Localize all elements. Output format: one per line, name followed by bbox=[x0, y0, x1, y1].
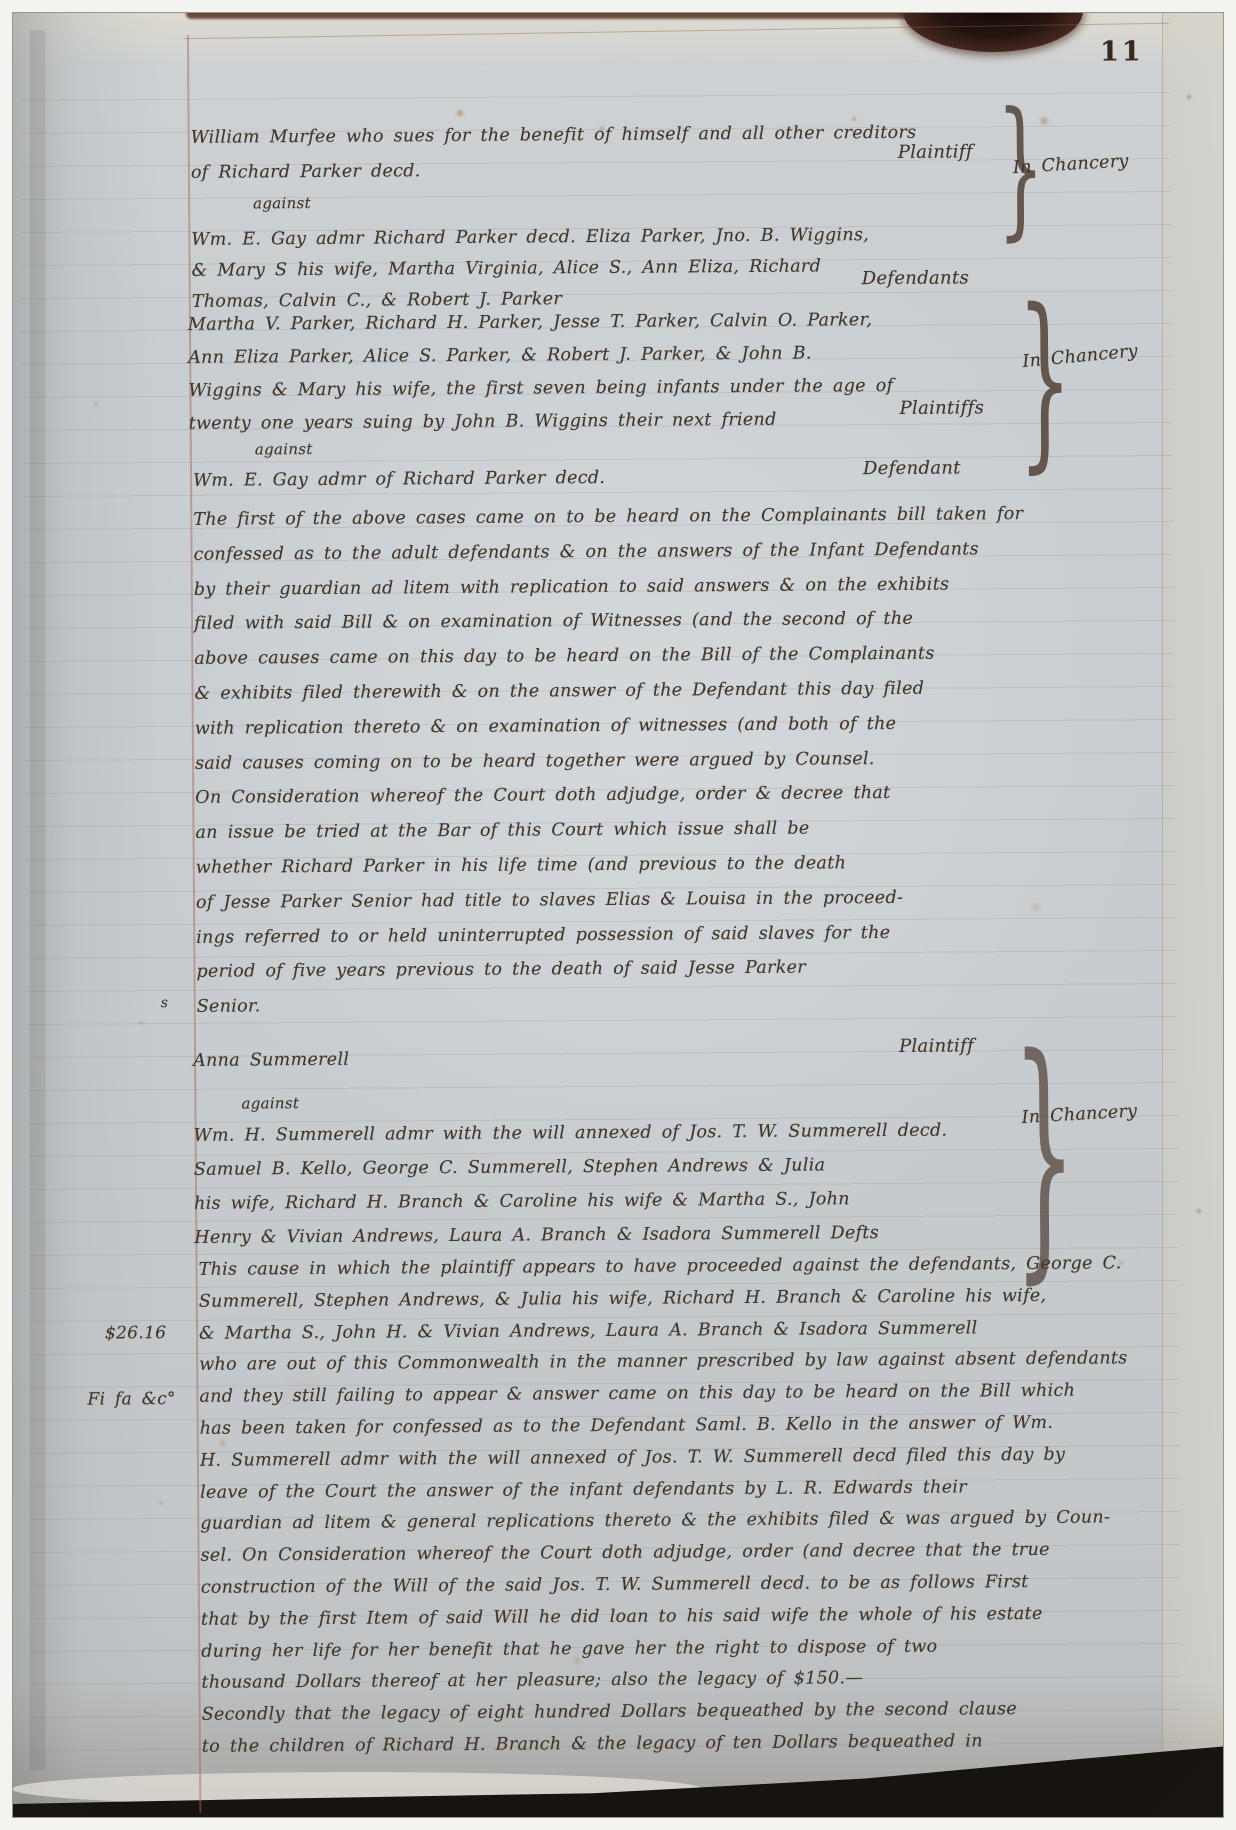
foxing-spots bbox=[0, 0, 2, 2]
decree2-text: This cause in which the plaintiff appear… bbox=[198, 1249, 1052, 1764]
case2-brace: } bbox=[1017, 285, 1073, 475]
case1-defendant-lines: Wm. E. Gay admr Richard Parker decd. Eli… bbox=[191, 220, 869, 318]
decree-line: to the children of Richard H. Branch & t… bbox=[202, 1726, 1052, 1764]
decree-line: an issue be tried at the Bar of this Cou… bbox=[195, 810, 1035, 851]
case3-brace: } bbox=[1012, 1025, 1077, 1285]
case1-against-word: against bbox=[253, 194, 311, 212]
handwritten-line: Ann Eliza Parker, Alice S. Parker, & Rob… bbox=[188, 337, 893, 375]
case2-defendant-line: Wm. E. Gay admr of Richard Parker decd. bbox=[193, 468, 605, 491]
case2-plaintiff-lines: Martha V. Parker, Richard H. Parker, Jes… bbox=[188, 304, 894, 441]
case1-defendants-label: Defendants bbox=[862, 267, 969, 289]
decree-line: H. Summerell admr with the will annexed … bbox=[200, 1440, 1050, 1478]
margin-note-fifa: Fi fa &c° bbox=[87, 1389, 175, 1410]
decree-line: that by the first Item of said Will he d… bbox=[201, 1599, 1051, 1637]
page-number: 11 bbox=[1100, 36, 1144, 67]
case2-plaintiffs-label: Plaintiffs bbox=[900, 397, 985, 419]
decree-line: whether Richard Parker in his life time … bbox=[196, 845, 1036, 886]
margin-note-amount: $26.16 bbox=[105, 1323, 166, 1343]
case3-against-word: against bbox=[241, 1094, 299, 1112]
decree-line: The first of the above cases came on to … bbox=[193, 497, 1033, 538]
handwritten-line: Samuel B. Kello, George C. Summerell, St… bbox=[194, 1148, 948, 1187]
page-content: 11 William Murfee who sues for the benef… bbox=[0, 0, 1236, 1830]
decree-line: filed with said Bill & on examination of… bbox=[194, 601, 1034, 642]
decree-line: & exhibits filed therewith & on the answ… bbox=[194, 671, 1034, 712]
handwritten-line: Wm. H. Summerell admr with the will anne… bbox=[194, 1114, 948, 1153]
case2-defendant-label: Defendant bbox=[863, 457, 961, 479]
decree-line: On Consideration whereof the Court doth … bbox=[195, 775, 1035, 816]
case3-plaintiff-line: Anna Summerell bbox=[193, 1050, 349, 1071]
handwritten-line: of Richard Parker decd. bbox=[191, 151, 917, 191]
decree-line: confessed as to the adult defendants & o… bbox=[193, 532, 1033, 573]
ledger-photo: 11 William Murfee who sues for the benef… bbox=[0, 0, 1236, 1830]
case3-plaintiff-label: Plaintiff bbox=[899, 1035, 974, 1057]
handwritten-line: & Mary S his wife, Martha Virginia, Alic… bbox=[191, 251, 869, 287]
case2-against-word: against bbox=[255, 440, 313, 458]
decree-line: Senior. bbox=[197, 984, 1037, 1025]
handwritten-line: Wiggins & Mary his wife, the first seven… bbox=[188, 370, 893, 408]
case1-plaintiff-lines: William Murfee who sues for the benefit … bbox=[191, 116, 917, 191]
handwritten-line: Henry & Vivian Andrews, Laura A. Branch … bbox=[194, 1216, 948, 1255]
case1-plaintiff-label: Plaintiff bbox=[898, 141, 973, 163]
handwritten-line: William Murfee who sues for the benefit … bbox=[191, 116, 917, 156]
handwritten-line: Wm. E. Gay admr Richard Parker decd. Eli… bbox=[191, 220, 869, 256]
decree-line: period of five years previous to the dea… bbox=[196, 949, 1036, 990]
decree-line: during her life for her benefit that he … bbox=[201, 1630, 1051, 1668]
decree-line: above causes came on this day to be hear… bbox=[194, 636, 1034, 677]
margin-tick: s bbox=[161, 995, 169, 1011]
decree-line: with replication thereto & on examinatio… bbox=[195, 706, 1035, 747]
decree-line: by their guardian ad litem with replicat… bbox=[194, 567, 1034, 608]
decree-line: ings referred to or held uninterrupted p… bbox=[196, 915, 1036, 956]
handwritten-line: his wife, Richard H. Branch & Caroline h… bbox=[194, 1182, 948, 1221]
handwritten-line: twenty one years suing by John B. Wiggin… bbox=[189, 403, 894, 441]
decree-line: of Jesse Parker Senior had title to slav… bbox=[196, 880, 1036, 921]
page-top-rule bbox=[184, 23, 1169, 39]
decree-line: Summerell, Stephen Andrews, & Julia his … bbox=[199, 1281, 1049, 1319]
decree-line: said causes coming on to be heard togeth… bbox=[195, 741, 1035, 782]
scanned-ledger-screenshot: 11 William Murfee who sues for the benef… bbox=[0, 0, 1236, 1830]
case3-defendant-lines: Wm. H. Summerell admr with the will anne… bbox=[194, 1114, 949, 1255]
handwritten-line: Martha V. Parker, Richard H. Parker, Jes… bbox=[188, 304, 893, 342]
decree1-text: The first of the above cases came on to … bbox=[193, 497, 1037, 1025]
